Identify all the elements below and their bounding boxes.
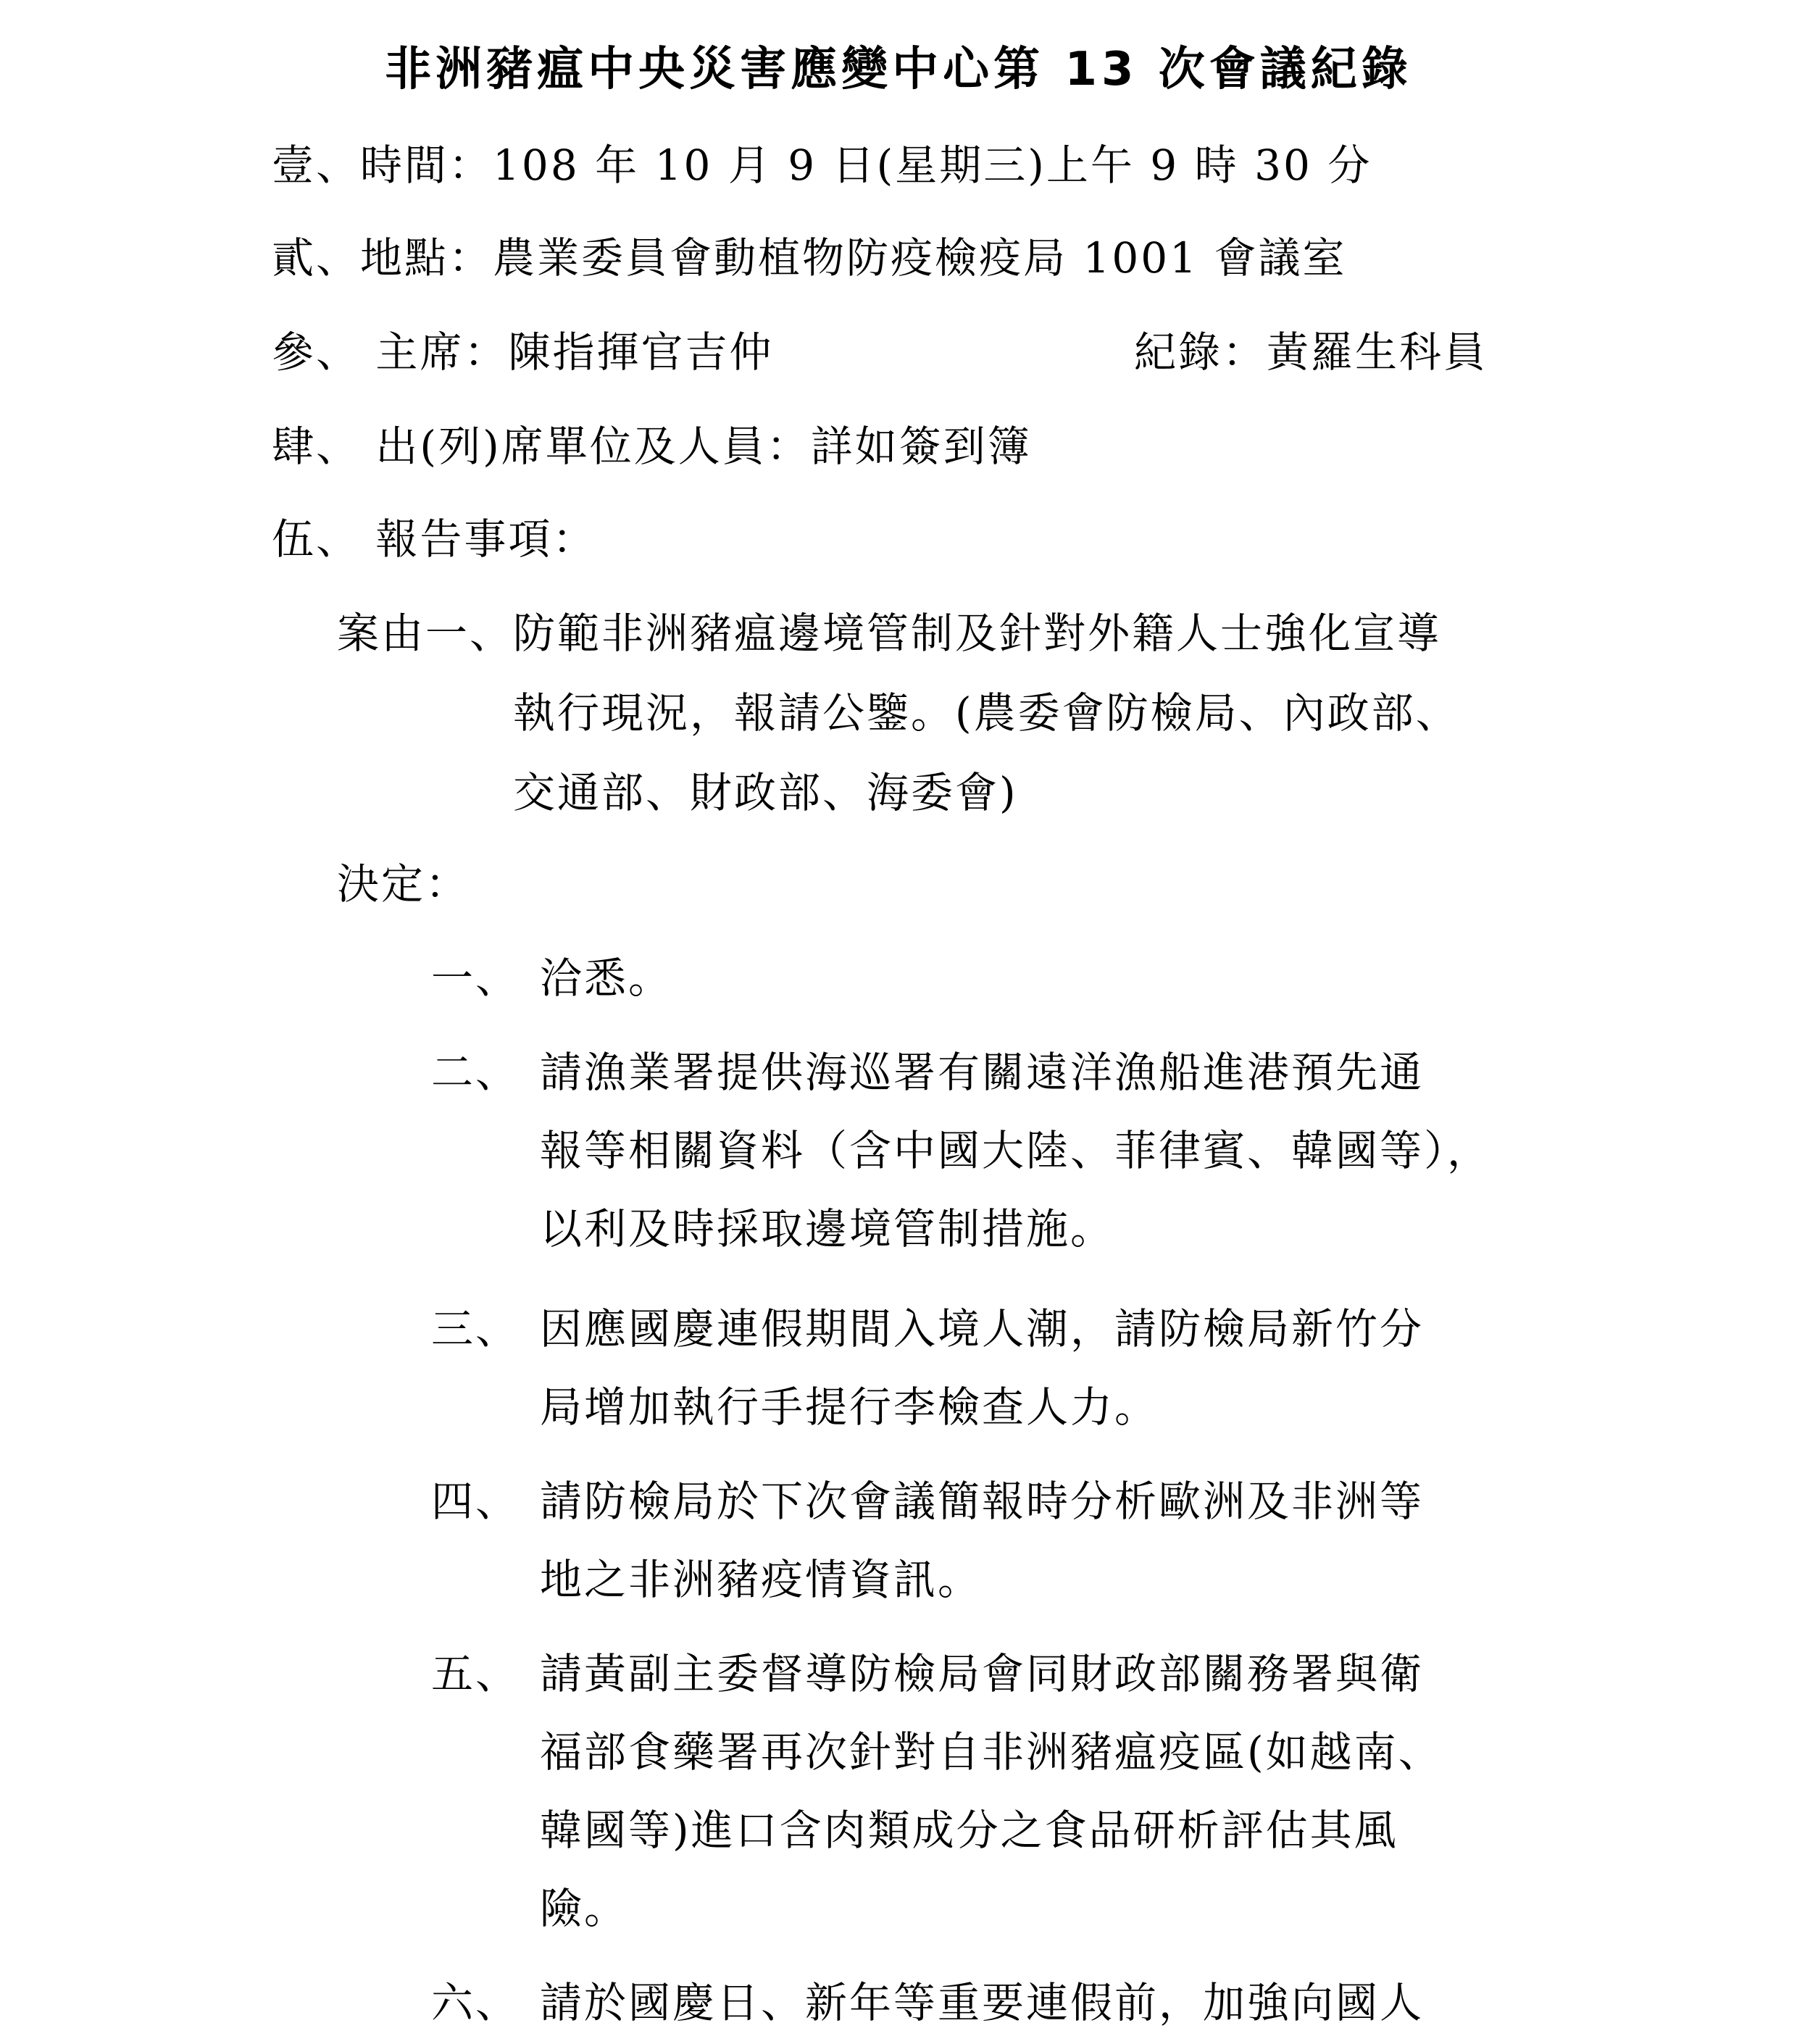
section-attendees-label: 肆、 出(列)席單位及人員： bbox=[272, 422, 811, 471]
decision-item-6-num: 六、 bbox=[431, 1974, 520, 2032]
section-recorder-value: 黃羅生科員 bbox=[1267, 328, 1488, 377]
section-time-label: 壹、時間： bbox=[272, 141, 493, 190]
section-chair: 參、 主席：陳指揮官吉仲 bbox=[272, 323, 773, 381]
document-title: 非洲豬瘟中央災害應變中心第 13 次會議紀錄 bbox=[0, 32, 1797, 99]
decision-item-5-num: 五、 bbox=[431, 1645, 520, 1703]
section-time-value: 108 年 10 月 9 日(星期三)上午 9 時 30 分 bbox=[493, 141, 1372, 190]
decision-item-3-line-2: 局增加執行手提行李檢查人力。 bbox=[540, 1378, 1159, 1436]
case1-line-3: 交通部、財政部、海委會) bbox=[513, 764, 1018, 822]
decision-item-1-num: 一、 bbox=[431, 949, 520, 1007]
decision-item-2-line-1: 請漁業署提供海巡署有關遠洋漁船進港預先通 bbox=[540, 1043, 1424, 1101]
section-chair-label: 參、 主席： bbox=[272, 328, 508, 377]
decision-item-5-line-1: 請黃副主委督導防檢局會同財政部關務署與衛 bbox=[540, 1645, 1424, 1703]
decision-item-5-line-4: 險。 bbox=[540, 1880, 628, 1937]
section-place-value: 農業委員會動植物防疫檢疫局 1001 會議室 bbox=[493, 233, 1346, 283]
section-chair-value: 陳指揮官吉仲 bbox=[508, 328, 773, 377]
decision-item-3-line-1: 因應國慶連假期間入境人潮，請防檢局新竹分 bbox=[540, 1300, 1424, 1358]
case1-line-2: 執行現況，報請公鑒。(農委會防檢局、內政部、 bbox=[513, 684, 1460, 742]
decision-item-1-line-1: 洽悉。 bbox=[540, 949, 672, 1007]
section-reports: 伍、 報告事項： bbox=[272, 510, 596, 568]
case1-label: 案由一、 bbox=[337, 604, 514, 662]
decision-item-2-line-2: 報等相關資料（含中國大陸、菲律賓、韓國等）， bbox=[540, 1122, 1491, 1180]
section-recorder-label: 紀錄： bbox=[1134, 328, 1267, 377]
decision-label: 決定： bbox=[337, 855, 470, 913]
decision-item-4-line-1: 請防檢局於下次會議簡報時分析歐洲及非洲等 bbox=[540, 1472, 1424, 1530]
section-recorder: 紀錄：黃羅生科員 bbox=[1134, 323, 1488, 381]
section-place: 貳、地點：農業委員會動植物防疫檢疫局 1001 會議室 bbox=[272, 229, 1347, 287]
decision-item-6-line-1: 請於國慶日、新年等重要連假前，加強向國人 bbox=[540, 1974, 1424, 2032]
case1-line-1: 防範非洲豬瘟邊境管制及針對外籍人士強化宣導 bbox=[513, 604, 1441, 662]
decision-item-4-num: 四、 bbox=[431, 1472, 520, 1530]
decision-item-2-num: 二、 bbox=[431, 1043, 520, 1101]
section-time: 壹、時間：108 年 10 月 9 日(星期三)上午 9 時 30 分 bbox=[272, 136, 1372, 194]
section-place-label: 貳、地點： bbox=[272, 233, 493, 283]
decision-item-2-line-3: 以利及時採取邊境管制措施。 bbox=[540, 1200, 1114, 1258]
section-attendees: 肆、 出(列)席單位及人員：詳如簽到簿 bbox=[272, 417, 1032, 475]
section-attendees-value: 詳如簽到簿 bbox=[811, 422, 1032, 471]
decision-item-5-line-2: 福部食藥署再次針對自非洲豬瘟疫區(如越南、 bbox=[540, 1723, 1443, 1781]
decision-item-3-num: 三、 bbox=[431, 1300, 520, 1358]
decision-item-4-line-2: 地之非洲豬疫情資訊。 bbox=[540, 1551, 982, 1609]
decision-item-5-line-3: 韓國等)進口含肉類成分之食品研析評估其風 bbox=[540, 1801, 1398, 1859]
